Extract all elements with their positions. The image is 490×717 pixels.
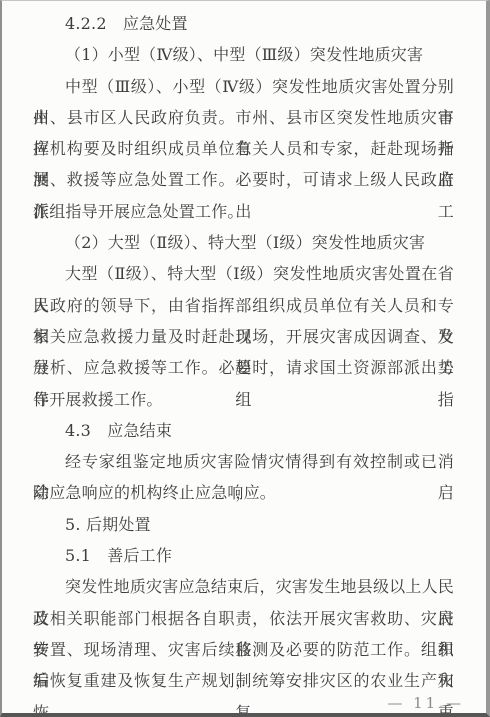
paragraph-line: 测、救援等应急处置工作。必要时，可请求上级人民政府派出工: [33, 164, 454, 195]
paragraph-line: 大型（Ⅱ级）、特大型（Ⅰ级）突发性地质灾害处置在省人: [33, 258, 454, 289]
subsection-heading-1: （1）小型（Ⅳ级）、中型（Ⅲ级）突发性地质灾害: [33, 39, 454, 70]
section-heading-5: 5. 后期处置: [33, 509, 454, 540]
paragraph-line: 分析、应急救援等工作。必要时，请求国土资源部派出工作组指: [33, 352, 454, 383]
section-heading-4-3: 4.3 应急结束: [33, 415, 454, 446]
paragraph-line: 及相关职能部门根据各自职责，依法开展灾害救助、灾民转移和: [33, 603, 454, 634]
section-heading-4-2-2: 4.2.2 应急处置: [33, 8, 454, 39]
paragraph-line: 后恢复重建及恢复生产规划，统筹安排灾区的农业生产和恢复重: [33, 665, 454, 696]
paragraph-line: 相关应急救援力量及时赶赴现场，开展灾害成因调查、发展趋势: [33, 321, 454, 352]
paragraph-line: 挥机构要及时组织成员单位有关人员和专家，赶赴现场开展监: [33, 133, 454, 164]
paragraph-line: 经专家组鉴定地质灾害险情灾情得到有效控制或已消除，启: [33, 446, 454, 477]
paragraph-line: 民政府的领导下，由省指挥部组织成员单位有关人员和专家以及: [33, 290, 454, 321]
subsection-heading-2: （2）大型（Ⅱ级）、特大型（Ⅰ级）突发性地质灾害: [33, 227, 454, 258]
paragraph-line: 州、县市区人民政府负责。市州、县市区突发性地质灾害应急指: [33, 102, 454, 133]
section-heading-5-1: 5.1 善后工作: [33, 540, 454, 571]
paragraph-line: 中型（Ⅲ级）、小型（Ⅳ级）突发性地质灾害处置分别由市: [33, 71, 454, 102]
paragraph-line: 安置、现场清理、灾害后续监测及必要的防范工作。组织编制灾: [33, 634, 454, 665]
paragraph-line: 突发性地质灾害应急结束后，灾害发生地县级以上人民政府: [33, 571, 454, 602]
page-number: — 11 —: [387, 695, 464, 711]
document-page: 4.2.2 应急处置 （1）小型（Ⅳ级）、中型（Ⅲ级）突发性地质灾害 中型（Ⅲ级…: [0, 0, 490, 717]
